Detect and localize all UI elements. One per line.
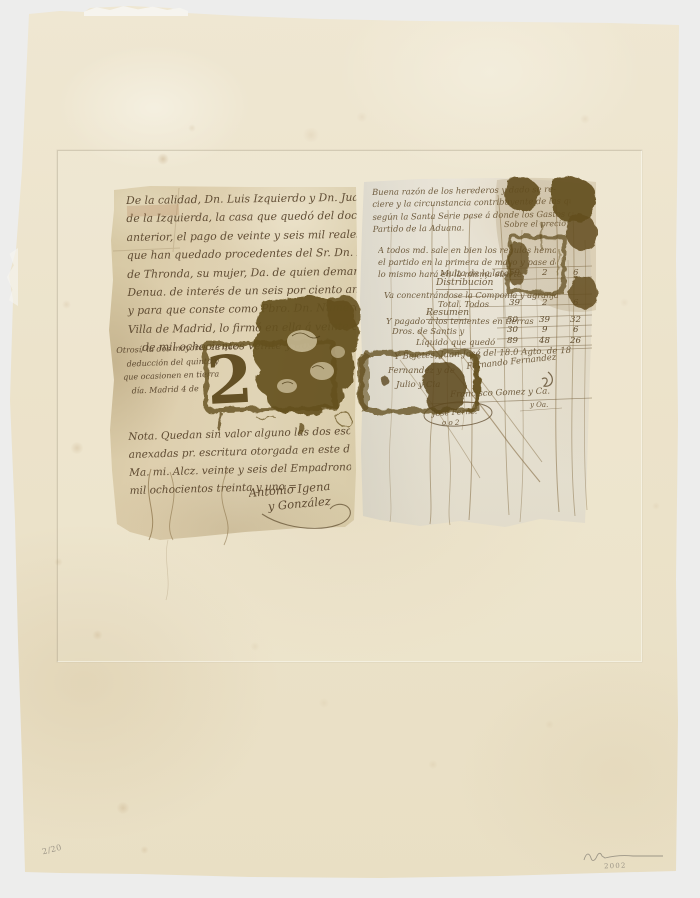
table-value: 6 [573,298,578,308]
artwork-photo: De la calidad, Dn. Luis Izquierdo y Dn. … [0,0,700,898]
foxing-spot [318,698,330,708]
handwriting-line: Sobre el precio [504,219,566,229]
table-value: 48 [539,336,550,346]
handwriting-line: y Oa. [530,401,548,409]
deckle-fringe [4,248,18,306]
handwriting-line: el partido en la primera de mayo y pase … [378,256,556,268]
foxing-spot [620,298,629,307]
table-value: 32 [570,315,581,325]
manuscript-left: De la calidad, Dn. Luis Izquierdo y Dn. … [108,184,358,542]
table-value: 6 [573,268,578,278]
table-row-label: Dros. de Santis y [392,326,464,336]
foxing-spot [140,846,149,854]
foxing-spot [70,442,84,454]
handwriting-block-main: De la calidad, Dn. Luis Izquierdo y Dn. … [126,189,360,358]
table-value: 9 [542,325,547,335]
table-value: 6 [573,325,578,335]
handwriting-line: Villa de Madrid, lo firmó en ella á vein… [128,318,360,340]
foxing-spot [54,558,63,566]
handwriting-line: Fernandez y de [388,366,455,376]
foxing-spot [356,112,368,122]
foxing-spot [62,300,71,309]
distribucion-heading: Distribución [436,277,493,290]
oval-signature-marks: o o 2 [442,419,459,427]
foxing-spot [116,802,130,814]
table-value: 39 [539,315,550,325]
table-value: 26 [570,336,581,346]
handwriting-line: Julio y Cia [396,380,440,390]
manuscript-right: Buena razón de los herederos y dado se r… [358,176,594,530]
table-value: 30 [507,325,518,335]
foxing-spot [545,720,554,729]
foxing-spot [580,114,590,124]
table-value: 50 [507,315,518,325]
oval-signature-name: José Fernz. [432,407,477,418]
foxing-spot [188,124,196,132]
table-value: 39 [509,298,520,308]
foxing-spot [302,128,320,142]
handwriting-line: A todos md. sale en bien los regulos hem… [378,244,556,256]
foxing-spot [428,760,438,769]
table-value: 59 [509,268,520,278]
handwriting-line: Francisco Gomez y Ca. [450,387,550,400]
foxing-spot [92,630,103,640]
foxing-spot [250,642,260,651]
foxing-spot [157,153,169,165]
table-value: 89 [507,336,518,346]
table-value: 2 [542,298,547,308]
table-row-label: Líquido que quedó [416,337,495,347]
signature-block: Antonio Igena y González [248,479,332,516]
foxing-spot [652,502,660,510]
signature-year: 2002 [604,862,627,871]
handwriting-block-margin: Otrosí/ la dos mayores en que deducción … [116,339,268,398]
table-value: 2 [542,268,547,278]
